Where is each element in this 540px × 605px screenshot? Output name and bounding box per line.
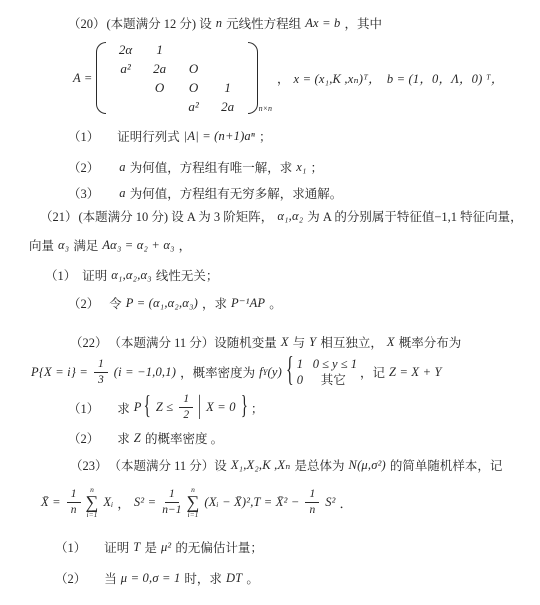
item-number: （1）	[45, 266, 76, 284]
fraction: 1 n	[305, 488, 319, 517]
problem-23-heading: （23） （本题满分 11 分）设 X₁,X₂,K ,Xₙ 是总体为 N(μ,σ…	[70, 456, 503, 474]
text-segment: 证明行列式	[117, 127, 180, 145]
sum-lower-limit: i=1	[188, 511, 199, 519]
sigma-symbol: ∑	[187, 494, 200, 511]
problem-21-line-2: 向量 α₃ 满足 Aα₃ = α₂ + α₃ ，	[28, 236, 192, 254]
problem-22-heading: （22） （本题满分 11 分）设随机变量 X 与 Y 相互独立， X 概率分布…	[70, 333, 462, 351]
text-segment: 为何值，方程组有唯一解，求	[130, 158, 293, 176]
math-segment: |A| = (n+1)aⁿ	[184, 129, 255, 144]
math-segment: X₁,X₂,K ,Xₙ	[231, 457, 291, 473]
right-brace: }	[241, 393, 248, 423]
math-segment: Aα₃ = α₂ + α₃	[102, 238, 174, 253]
matrix-size-subscript: n×n	[259, 104, 272, 113]
problem-23-item-2: （2） 当 μ = 0,σ = 1 时，求 DT 。	[55, 569, 260, 587]
text-segment: 求	[117, 429, 130, 447]
math-segment: x = (x₁,K ,xₙ)ᵀ，	[294, 69, 381, 87]
matrix-cell: 2a	[153, 61, 166, 77]
fraction: 1 2	[179, 393, 193, 422]
math-segment: DT	[226, 571, 242, 586]
text-segment: 为何值，方程组有无穷多解，求通解。	[130, 184, 343, 202]
problem-number: （21）	[40, 207, 78, 225]
text-segment: 元线性方程组	[226, 14, 301, 32]
math-segment: b = (1，0，Λ，0) ᵀ，	[387, 69, 504, 87]
matrix-cell: 1	[156, 42, 163, 58]
text-segment: 的无偏估计量；	[175, 538, 263, 556]
numerator: 1	[67, 488, 81, 503]
text-segment: ，记	[360, 363, 385, 381]
text-segment: ；	[251, 399, 264, 417]
numerator: 1	[179, 393, 193, 408]
denominator: 3	[98, 373, 104, 387]
problem-20-item-3: （3） a 为何值，方程组有无穷多解，求通解。	[68, 184, 343, 202]
text-segment: 的简单随机样本，记	[390, 456, 503, 474]
text-segment: 与	[293, 333, 306, 351]
problem-number: （20）	[68, 14, 106, 32]
text-segment: 概率分布为	[399, 333, 462, 351]
text-segment: 当	[104, 569, 117, 587]
text-segment: 满足	[73, 236, 98, 254]
piecewise-condition: 0 ≤ y ≤ 1	[313, 356, 357, 372]
text-segment: ，	[117, 494, 130, 512]
math-segment: Xᵢ	[103, 495, 113, 510]
matrix-grid: 2α 1 a² 2a O O O 1 a² 2a	[109, 40, 245, 116]
matrix-cell: 2a	[221, 99, 234, 115]
exam-page: （20） (本题满分 12 分) 设 n 元线性方程组 Ax = b ，其中 A…	[0, 0, 540, 605]
piecewise-brace: {	[286, 353, 294, 392]
text-segment: ，其中	[345, 14, 383, 32]
sum-lower-limit: i=1	[87, 511, 98, 519]
math-segment: S²	[325, 495, 335, 510]
text-segment: 。	[246, 569, 259, 587]
text-segment: 。	[269, 294, 282, 312]
text-segment: 线性无关；	[156, 266, 219, 284]
text-segment: 证明	[82, 266, 107, 284]
problem-number: （23）	[70, 456, 108, 474]
math-segment: a	[119, 160, 125, 175]
text-segment: ；	[259, 127, 272, 145]
text-segment: 令	[109, 294, 122, 312]
problem-21-item-1: （1） 证明 α₁,α₂,α₃ 线性无关；	[45, 266, 219, 284]
piecewise-value: 1	[297, 356, 313, 372]
math-segment: P⁻¹AP	[231, 295, 265, 311]
math-segment: α₁,α₂,α₃	[111, 268, 152, 283]
problem-20-item-1: （1） 证明行列式 |A| = (n+1)aⁿ ；	[68, 127, 273, 145]
math-segment: μ = 0,σ = 1	[121, 571, 181, 586]
matrix-cell: 2α	[119, 42, 132, 58]
problem-20-matrix-line: A = 2α 1 a² 2a O O O 1 a² 2a	[70, 40, 507, 116]
sigma-symbol: ∑	[86, 494, 99, 511]
text-segment: (本题满分 12 分) 设	[107, 14, 212, 32]
matrix-cell: a²	[120, 61, 130, 77]
denominator: n	[71, 503, 77, 517]
item-number: （2）	[68, 294, 99, 312]
piecewise-row: 0 其它	[297, 372, 357, 388]
math-segment: Z	[134, 431, 141, 446]
math-segment: n	[216, 16, 222, 31]
matrix-cell: O	[189, 80, 198, 96]
fraction: 1 n	[67, 488, 81, 517]
text-segment: 相互独立，	[320, 333, 383, 351]
math-segment: X	[387, 335, 395, 350]
math-segment: Z ≤	[156, 400, 174, 415]
piecewise-value: 0	[297, 372, 313, 388]
problem-20-heading: （20） (本题满分 12 分) 设 n 元线性方程组 Ax = b ，其中	[68, 14, 383, 32]
numerator: 1	[165, 488, 179, 503]
text-segment: （本题满分 11 分）设随机变量	[109, 333, 277, 351]
numerator: 1	[305, 488, 319, 503]
math-segment: X = 0	[206, 400, 236, 415]
math-segment: (Xᵢ − X̄)²,T = X̄² −	[204, 495, 299, 510]
text-segment: ，	[179, 236, 192, 254]
text-segment: ．	[340, 494, 353, 512]
conditional-bar: |	[198, 393, 201, 423]
math-segment: A =	[73, 71, 93, 86]
problem-22-item-2: （2） 求 Z 的概率密度 。	[68, 429, 224, 447]
math-segment: x₁	[296, 160, 306, 175]
math-segment: α₁,α₂	[277, 209, 303, 224]
matrix-cell: O	[155, 80, 164, 96]
piecewise-condition: 其它	[321, 372, 346, 388]
matrix: 2α 1 a² 2a O O O 1 a² 2a n×n	[96, 40, 276, 116]
text-segment: （本题满分 11 分）设	[109, 456, 227, 474]
problem-23-item-1: （1） 证明 T 是 μ² 的无偏估计量；	[55, 538, 264, 556]
item-number: （2）	[68, 158, 99, 176]
math-segment: μ²	[161, 540, 171, 555]
problem-21-heading: （21） (本题满分 10 分) 设 A 为 3 阶矩阵， α₁,α₂ 为 A …	[40, 207, 524, 225]
item-number: （1）	[68, 127, 99, 145]
math-segment: T	[133, 540, 140, 555]
denominator: n−1	[162, 503, 181, 517]
math-segment: (y)	[268, 365, 282, 380]
math-segment: X	[281, 335, 289, 350]
problem-number: （22）	[70, 333, 108, 351]
problem-21-item-2: （2） 令 P = (α₁,α₂,α₃) ，求 P⁻¹AP 。	[68, 294, 283, 312]
fraction: 1 3	[94, 358, 108, 387]
summation: n ∑ i=1	[86, 486, 99, 520]
text-segment: 时，求	[184, 569, 222, 587]
denominator: 2	[183, 408, 189, 422]
text-segment: 为 A 的分别属于特征值−1,1 特征向量，	[307, 207, 522, 225]
item-number: （1）	[68, 399, 99, 417]
item-number: （2）	[68, 429, 99, 447]
math-segment: a	[119, 186, 125, 201]
problem-22-item-1: （1） 求 P { Z ≤ 1 2 | X = 0 } ；	[68, 393, 264, 422]
item-number: （3）	[68, 184, 99, 202]
numerator: 1	[94, 358, 108, 373]
text-segment: 是	[144, 538, 157, 556]
piecewise-block: 1 0 ≤ y ≤ 1 0 其它	[297, 356, 357, 389]
text-segment: ，求	[202, 294, 227, 312]
text-segment: 证明	[104, 538, 129, 556]
item-number: （2）	[55, 569, 86, 587]
text-segment: 向量	[29, 236, 54, 254]
text-segment: ，	[277, 69, 290, 87]
matrix-cell: 1	[224, 80, 231, 96]
math-segment: (i = −1,0,1)	[114, 365, 176, 380]
math-segment: X̄ =	[41, 495, 61, 510]
piecewise-row: 1 0 ≤ y ≤ 1	[297, 356, 357, 372]
math-segment: Z = X + Y	[389, 365, 442, 380]
problem-23-formula: X̄ = 1 n n ∑ i=1 Xᵢ ， S² = 1 n−1 n ∑ i=1…	[38, 486, 353, 520]
math-segment: S² =	[134, 495, 156, 510]
math-segment: Ax = b	[305, 16, 340, 31]
summation: n ∑ i=1	[187, 486, 200, 520]
math-segment: α₃	[58, 238, 69, 253]
text-segment: ；	[311, 158, 324, 176]
problem-20-item-2: （2） a 为何值，方程组有唯一解，求 x₁ ；	[68, 158, 324, 176]
denominator: n	[309, 503, 315, 517]
math-segment: Y	[309, 335, 316, 350]
text-segment: 求	[117, 399, 130, 417]
text-segment: (本题满分 10 分) 设 A 为 3 阶矩阵，	[79, 207, 274, 225]
matrix-cell: O	[189, 61, 198, 77]
text-segment: ，概率密度为	[180, 363, 255, 381]
math-segment: P	[134, 400, 142, 415]
matrix-right-paren	[248, 42, 258, 114]
math-segment: P = (α₁,α₂,α₃)	[126, 296, 198, 311]
left-brace: {	[144, 393, 151, 423]
text-segment: 是总体为	[295, 456, 345, 474]
math-segment: P{X = i} =	[31, 365, 88, 380]
item-number: （1）	[55, 538, 86, 556]
text-segment: 的概率密度 。	[145, 429, 223, 447]
math-segment: N(μ,σ²)	[349, 458, 386, 473]
fraction: 1 n−1	[162, 488, 181, 517]
problem-22-formula: P{X = i} = 1 3 (i = −1,0,1) ，概率密度为 fY(y)…	[28, 356, 445, 389]
matrix-cell: a²	[188, 99, 198, 115]
matrix-left-paren	[96, 42, 106, 114]
